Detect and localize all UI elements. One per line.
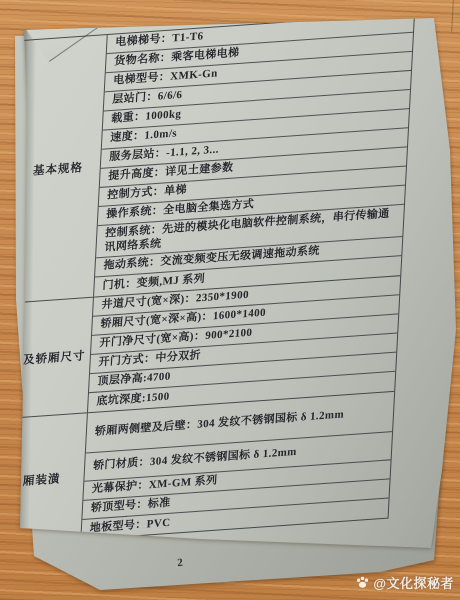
- section-label: 道及轿厢尺寸: [3, 298, 94, 419]
- paper-sheet: 设备名称 基本规格电梯梯号：T1-T6货物名称：乘客电梯电梯电梯型号：XMK-G…: [0, 0, 460, 600]
- table-tilt-container: 基本规格电梯梯号：T1-T6货物名称：乘客电梯电梯电梯型号：XMK-Gn层站门：…: [0, 13, 413, 546]
- watermark-text: @文化探秘者: [373, 573, 454, 592]
- watermark: @文化探秘者: [355, 573, 454, 592]
- section-label: 厢装潢: [0, 413, 88, 545]
- paw-icon: [355, 575, 370, 590]
- photo-of-spec-sheet: 2 设备名称 基本规格电梯梯号：T1-T6货物名称：乘客电梯电梯电梯型号：XMK…: [0, 0, 460, 600]
- spec-section: 厢装潢轿厢两侧壁及后壁：304 发纹不锈钢国标 δ 1.2mm轿门材质：304 …: [0, 392, 394, 546]
- fold-corner-text: 设备名称: [55, 6, 97, 30]
- section-rows: 轿厢两侧壁及后壁：304 发纹不锈钢国标 δ 1.2mm轿门材质：304 发纹不…: [81, 392, 394, 539]
- paper-sheet-wrapper: 设备名称 基本规格电梯梯号：T1-T6货物名称：乘客电梯电梯电梯型号：XMK-G…: [0, 0, 460, 600]
- section-rows: 电梯梯号：T1-T6货物名称：乘客电梯电梯电梯型号：XMK-Gn层站门：6/6/…: [94, 14, 414, 297]
- section-rows: 井道尺寸(宽×深)：2350*1900轿厢尺寸(宽×深×高)：1600*1400…: [88, 276, 400, 412]
- elevator-spec-table: 基本规格电梯梯号：T1-T6货物名称：乘客电梯电梯电梯型号：XMK-Gn层站门：…: [0, 13, 415, 547]
- section-label: 基本规格: [9, 35, 108, 303]
- spec-section: 基本规格电梯梯号：T1-T6货物名称：乘客电梯电梯电梯型号：XMK-Gn层站门：…: [9, 14, 414, 304]
